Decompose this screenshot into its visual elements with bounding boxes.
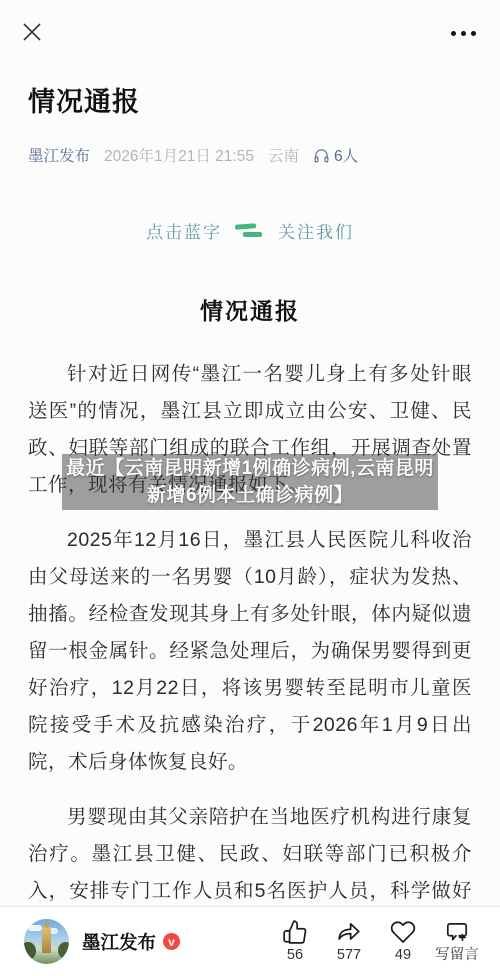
headphones-icon <box>313 147 330 164</box>
article-heading: 情况通报 <box>0 293 500 326</box>
bottom-toolbar: 墨江发布 v 56 577 49 <box>0 906 500 976</box>
close-icon[interactable] <box>20 20 46 46</box>
publish-location: 云南 <box>268 144 299 166</box>
article-body: 针对近日网传“墨江一名婴儿身上有多处针眼送医”的情况，墨江县立即成立由公安、卫健… <box>28 356 472 947</box>
listen-button[interactable]: 6人 <box>313 144 358 166</box>
top-nav <box>0 0 500 46</box>
wechat-article-page: 情况通报 墨江发布 2026年1月21日 21:55 云南 6人 点击蓝字 关注… <box>0 0 500 976</box>
action-bar: 56 577 49 写留言 <box>268 919 484 964</box>
account-avatar[interactable] <box>24 919 69 964</box>
favorite-count: 49 <box>395 946 411 964</box>
byline: 墨江发布 2026年1月21日 21:55 云南 6人 <box>28 144 472 166</box>
toolbar-account-name[interactable]: 墨江发布 <box>82 929 156 955</box>
comment-plus-icon <box>444 919 470 945</box>
share-arrow-icon <box>336 919 362 945</box>
page-title: 情况通报 <box>28 84 472 120</box>
more-menu-icon[interactable] <box>451 25 476 42</box>
publish-date: 2026年1月21日 21:55 <box>104 144 254 166</box>
comment-button[interactable]: 写留言 <box>430 919 484 964</box>
verified-badge-icon: v <box>163 933 180 950</box>
subtitle-overlay: 最近【云南昆明新增1例确诊病例,云南昆明新增6例本土确诊病例】 <box>62 454 438 510</box>
listener-count: 6人 <box>334 144 358 166</box>
like-button[interactable]: 56 <box>268 919 322 964</box>
share-button[interactable]: 577 <box>322 919 376 964</box>
heart-icon <box>390 919 416 945</box>
follow-banner-left: 点击蓝字 <box>146 218 222 243</box>
paragraph: 2025年12月16日，墨江县人民医院儿科收治由父母送来的一名男婴（10月龄），… <box>28 522 472 781</box>
like-count: 56 <box>287 946 303 964</box>
account-link[interactable]: 墨江发布 <box>28 144 90 166</box>
follow-banner[interactable]: 点击蓝字 关注我们 <box>0 218 500 243</box>
favorite-button[interactable]: 49 <box>376 919 430 964</box>
share-count: 577 <box>337 946 361 964</box>
thumbs-up-icon <box>282 919 308 945</box>
brand-lines-icon <box>235 223 265 239</box>
follow-banner-right: 关注我们 <box>278 218 354 243</box>
comment-label: 写留言 <box>435 946 479 964</box>
